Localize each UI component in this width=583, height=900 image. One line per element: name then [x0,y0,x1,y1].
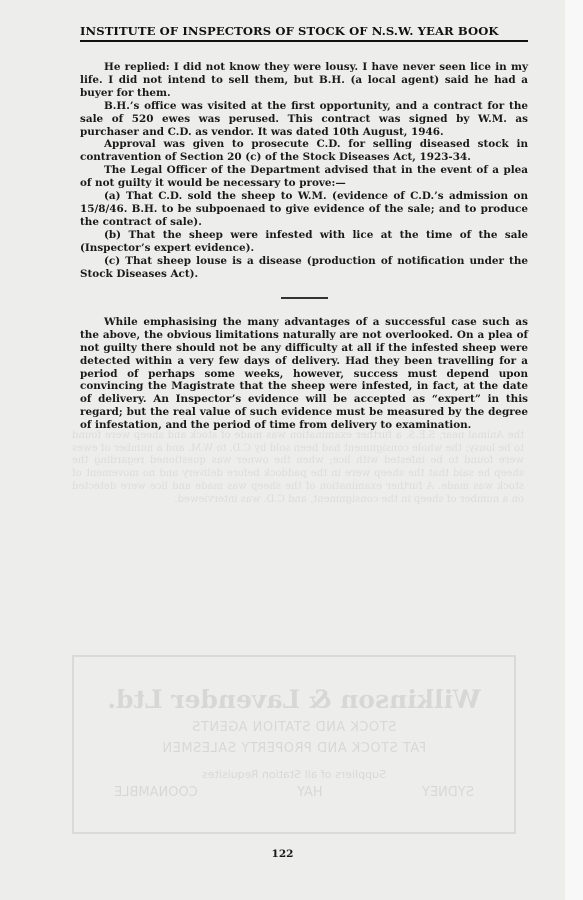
running-head: INSTITUTE OF INSPECTORS OF STOCK OF N.S.… [80,24,528,42]
emphasis-text: not [80,342,99,354]
paragraph: Approval was given to prosecute C.D. for… [80,138,528,164]
article-body: He replied: I did not know they were lou… [80,61,528,432]
paragraph: B.H.’s office was visited at the first o… [80,100,528,139]
page-number: 122 [0,848,565,860]
closing-paragraph: While emphasising the many advantages of… [80,316,528,432]
list-item-c: (c) That sheep louse is a disease (produ… [80,255,528,281]
text-run: While emphasising the many advantages of… [80,316,528,341]
text-run: guilty there should not be any difficult… [80,342,528,431]
paragraph: The Legal Officer of the Department advi… [80,164,528,190]
section-divider [281,297,328,299]
paragraph: He replied: I did not know they were lou… [80,61,528,100]
page-edge [565,0,583,900]
list-item-b: (b) That the sheep were infested with li… [80,229,528,255]
list-item-a: (a) That C.D. sold the sheep to W.M. (ev… [80,190,528,229]
